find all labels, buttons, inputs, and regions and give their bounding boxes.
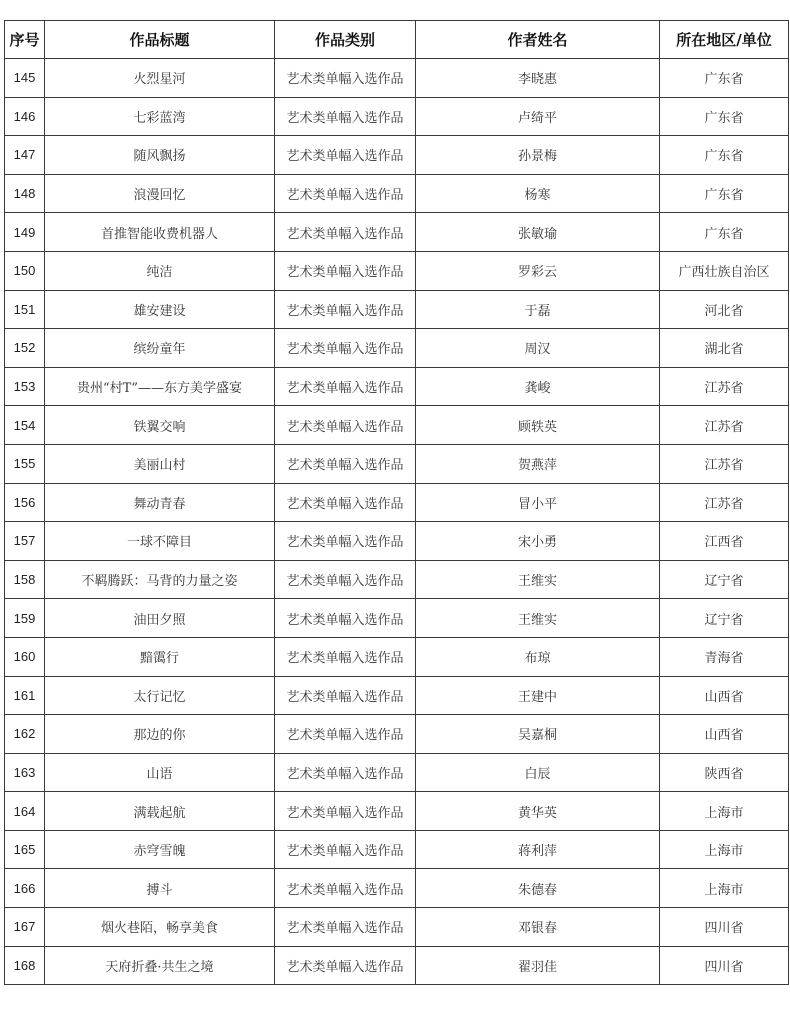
table-row: 156舞动青春艺术类单幅入选作品冒小平江苏省 — [5, 483, 789, 522]
cell-region: 陕西省 — [660, 753, 789, 792]
cell-number: 156 — [5, 483, 45, 522]
cell-title: 铁翼交响 — [45, 406, 275, 445]
cell-region: 上海市 — [660, 792, 789, 831]
cell-number: 151 — [5, 290, 45, 329]
header-region: 所在地区/单位 — [660, 21, 789, 59]
cell-title: 火烈星河 — [45, 59, 275, 98]
cell-title: 油田夕照 — [45, 599, 275, 638]
cell-author: 李晓惠 — [416, 59, 660, 98]
cell-number: 157 — [5, 522, 45, 561]
cell-title: 雄安建设 — [45, 290, 275, 329]
cell-title: 纯洁 — [45, 251, 275, 290]
cell-number: 145 — [5, 59, 45, 98]
cell-author: 顾轶英 — [416, 406, 660, 445]
cell-author: 于磊 — [416, 290, 660, 329]
table-row: 162那边的你艺术类单幅入选作品吴嘉桐山西省 — [5, 715, 789, 754]
cell-region: 广东省 — [660, 213, 789, 252]
cell-number: 161 — [5, 676, 45, 715]
cell-region: 江西省 — [660, 522, 789, 561]
table-row: 168天府折叠·共生之境艺术类单幅入选作品翟羽佳四川省 — [5, 946, 789, 985]
cell-category: 艺术类单幅入选作品 — [275, 599, 416, 638]
cell-category: 艺术类单幅入选作品 — [275, 59, 416, 98]
cell-category: 艺术类单幅入选作品 — [275, 136, 416, 175]
cell-number: 160 — [5, 637, 45, 676]
cell-number: 167 — [5, 908, 45, 947]
table-row: 148浪漫回忆艺术类单幅入选作品杨寒广东省 — [5, 174, 789, 213]
cell-category: 艺术类单幅入选作品 — [275, 483, 416, 522]
header-title: 作品标题 — [45, 21, 275, 59]
cell-number: 162 — [5, 715, 45, 754]
cell-author: 朱德春 — [416, 869, 660, 908]
cell-category: 艺术类单幅入选作品 — [275, 908, 416, 947]
cell-title: 山语 — [45, 753, 275, 792]
cell-number: 148 — [5, 174, 45, 213]
cell-author: 王维实 — [416, 599, 660, 638]
cell-category: 艺术类单幅入选作品 — [275, 406, 416, 445]
cell-region: 青海省 — [660, 637, 789, 676]
table-row: 161太行记忆艺术类单幅入选作品王建中山西省 — [5, 676, 789, 715]
cell-title: 首推智能收费机器人 — [45, 213, 275, 252]
cell-category: 艺术类单幅入选作品 — [275, 869, 416, 908]
table-row: 159油田夕照艺术类单幅入选作品王维实辽宁省 — [5, 599, 789, 638]
cell-region: 江苏省 — [660, 483, 789, 522]
cell-author: 周汉 — [416, 329, 660, 368]
cell-category: 艺术类单幅入选作品 — [275, 637, 416, 676]
cell-title: 满载起航 — [45, 792, 275, 831]
cell-number: 166 — [5, 869, 45, 908]
cell-author: 张敏瑜 — [416, 213, 660, 252]
cell-title: 烟火巷陌，畅享美食 — [45, 908, 275, 947]
cell-title: 太行记忆 — [45, 676, 275, 715]
cell-title: 赤穹雪魄 — [45, 830, 275, 869]
table-row: 163山语艺术类单幅入选作品白辰陕西省 — [5, 753, 789, 792]
cell-title: 舞动青春 — [45, 483, 275, 522]
table-header-row: 序号 作品标题 作品类别 作者姓名 所在地区/单位 — [5, 21, 789, 59]
table-row: 154铁翼交响艺术类单幅入选作品顾轶英江苏省 — [5, 406, 789, 445]
cell-number: 159 — [5, 599, 45, 638]
cell-number: 152 — [5, 329, 45, 368]
cell-region: 广西壮族自治区 — [660, 251, 789, 290]
cell-region: 上海市 — [660, 869, 789, 908]
cell-author: 翟羽佳 — [416, 946, 660, 985]
cell-number: 149 — [5, 213, 45, 252]
cell-category: 艺术类单幅入选作品 — [275, 97, 416, 136]
cell-region: 江苏省 — [660, 444, 789, 483]
cell-region: 四川省 — [660, 908, 789, 947]
cell-author: 王维实 — [416, 560, 660, 599]
cell-author: 卢绮平 — [416, 97, 660, 136]
cell-region: 广东省 — [660, 136, 789, 175]
table-row: 146七彩蓝湾艺术类单幅入选作品卢绮平广东省 — [5, 97, 789, 136]
cell-region: 四川省 — [660, 946, 789, 985]
cell-region: 河北省 — [660, 290, 789, 329]
table-row: 165赤穹雪魄艺术类单幅入选作品蒋利萍上海市 — [5, 830, 789, 869]
header-category: 作品类别 — [275, 21, 416, 59]
table-row: 164满载起航艺术类单幅入选作品黄华英上海市 — [5, 792, 789, 831]
cell-title: 一球不障目 — [45, 522, 275, 561]
cell-title: 不羁腾跃：马背的力量之姿 — [45, 560, 275, 599]
cell-author: 冒小平 — [416, 483, 660, 522]
cell-category: 艺术类单幅入选作品 — [275, 367, 416, 406]
cell-category: 艺术类单幅入选作品 — [275, 753, 416, 792]
cell-category: 艺术类单幅入选作品 — [275, 946, 416, 985]
cell-title: 天府折叠·共生之境 — [45, 946, 275, 985]
table-row: 155美丽山村艺术类单幅入选作品贺燕萍江苏省 — [5, 444, 789, 483]
cell-author: 贺燕萍 — [416, 444, 660, 483]
cell-title: 黯霭行 — [45, 637, 275, 676]
cell-author: 龚峻 — [416, 367, 660, 406]
cell-number: 146 — [5, 97, 45, 136]
cell-number: 150 — [5, 251, 45, 290]
table-row: 145火烈星河艺术类单幅入选作品李晓惠广东省 — [5, 59, 789, 98]
cell-author: 蒋利萍 — [416, 830, 660, 869]
cell-author: 王建中 — [416, 676, 660, 715]
header-number: 序号 — [5, 21, 45, 59]
cell-category: 艺术类单幅入选作品 — [275, 444, 416, 483]
cell-category: 艺术类单幅入选作品 — [275, 213, 416, 252]
cell-region: 辽宁省 — [660, 560, 789, 599]
table-row: 160黯霭行艺术类单幅入选作品布琼青海省 — [5, 637, 789, 676]
cell-title: 贵州“村T”——东方美学盛宴 — [45, 367, 275, 406]
cell-category: 艺术类单幅入选作品 — [275, 792, 416, 831]
cell-number: 163 — [5, 753, 45, 792]
cell-author: 杨寒 — [416, 174, 660, 213]
cell-region: 上海市 — [660, 830, 789, 869]
cell-region: 广东省 — [660, 174, 789, 213]
cell-number: 147 — [5, 136, 45, 175]
cell-category: 艺术类单幅入选作品 — [275, 830, 416, 869]
cell-category: 艺术类单幅入选作品 — [275, 251, 416, 290]
cell-number: 153 — [5, 367, 45, 406]
table-row: 150纯洁艺术类单幅入选作品罗彩云广西壮族自治区 — [5, 251, 789, 290]
table-row: 153贵州“村T”——东方美学盛宴艺术类单幅入选作品龚峻江苏省 — [5, 367, 789, 406]
cell-title: 美丽山村 — [45, 444, 275, 483]
cell-region: 广东省 — [660, 59, 789, 98]
cell-region: 山西省 — [660, 676, 789, 715]
cell-category: 艺术类单幅入选作品 — [275, 715, 416, 754]
cell-title: 七彩蓝湾 — [45, 97, 275, 136]
cell-author: 罗彩云 — [416, 251, 660, 290]
cell-region: 山西省 — [660, 715, 789, 754]
cell-category: 艺术类单幅入选作品 — [275, 522, 416, 561]
cell-category: 艺术类单幅入选作品 — [275, 676, 416, 715]
cell-number: 154 — [5, 406, 45, 445]
cell-category: 艺术类单幅入选作品 — [275, 174, 416, 213]
cell-author: 宋小勇 — [416, 522, 660, 561]
cell-author: 孙景梅 — [416, 136, 660, 175]
table-row: 151雄安建设艺术类单幅入选作品于磊河北省 — [5, 290, 789, 329]
table-row: 167烟火巷陌，畅享美食艺术类单幅入选作品邓银春四川省 — [5, 908, 789, 947]
cell-region: 江苏省 — [660, 406, 789, 445]
cell-number: 158 — [5, 560, 45, 599]
table-row: 149首推智能收费机器人艺术类单幅入选作品张敏瑜广东省 — [5, 213, 789, 252]
table-row: 158不羁腾跃：马背的力量之姿艺术类单幅入选作品王维实辽宁省 — [5, 560, 789, 599]
cell-author: 吴嘉桐 — [416, 715, 660, 754]
cell-category: 艺术类单幅入选作品 — [275, 560, 416, 599]
entries-table: 序号 作品标题 作品类别 作者姓名 所在地区/单位 145火烈星河艺术类单幅入选… — [4, 20, 789, 985]
table-row: 147随风飘扬艺术类单幅入选作品孙景梅广东省 — [5, 136, 789, 175]
cell-author: 黄华英 — [416, 792, 660, 831]
cell-number: 155 — [5, 444, 45, 483]
cell-category: 艺术类单幅入选作品 — [275, 329, 416, 368]
table-row: 166搏斗艺术类单幅入选作品朱德春上海市 — [5, 869, 789, 908]
cell-region: 湖北省 — [660, 329, 789, 368]
cell-title: 缤纷童年 — [45, 329, 275, 368]
cell-region: 江苏省 — [660, 367, 789, 406]
header-author: 作者姓名 — [416, 21, 660, 59]
cell-category: 艺术类单幅入选作品 — [275, 290, 416, 329]
table-row: 157一球不障目艺术类单幅入选作品宋小勇江西省 — [5, 522, 789, 561]
cell-title: 那边的你 — [45, 715, 275, 754]
table-body: 145火烈星河艺术类单幅入选作品李晓惠广东省146七彩蓝湾艺术类单幅入选作品卢绮… — [5, 59, 789, 985]
cell-number: 168 — [5, 946, 45, 985]
cell-title: 搏斗 — [45, 869, 275, 908]
cell-title: 随风飘扬 — [45, 136, 275, 175]
cell-region: 辽宁省 — [660, 599, 789, 638]
cell-author: 邓银春 — [416, 908, 660, 947]
cell-region: 广东省 — [660, 97, 789, 136]
cell-title: 浪漫回忆 — [45, 174, 275, 213]
cell-number: 164 — [5, 792, 45, 831]
cell-author: 布琼 — [416, 637, 660, 676]
table-row: 152缤纷童年艺术类单幅入选作品周汉湖北省 — [5, 329, 789, 368]
cell-author: 白辰 — [416, 753, 660, 792]
cell-number: 165 — [5, 830, 45, 869]
